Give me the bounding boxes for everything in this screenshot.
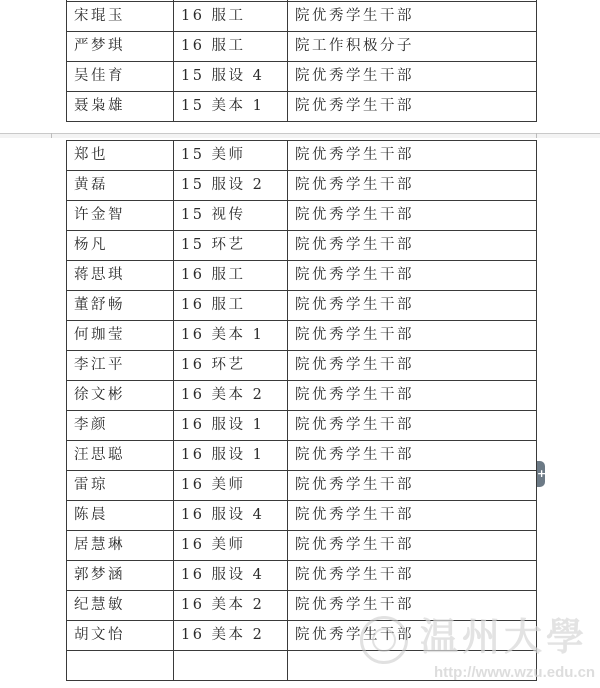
document-page-2: 郑也 15 美师 院优秀学生干部 黄磊 15 服设 2 院优秀学生干部 许金智 … (0, 138, 600, 688)
class-cell[interactable]: 16 服设 1 (174, 441, 288, 471)
student-name-cell[interactable]: 许金智 (67, 201, 174, 231)
award-cell[interactable]: 院优秀学生干部 (288, 501, 537, 531)
class-cell[interactable]: 16 服工 (174, 2, 288, 32)
student-name-cell[interactable]: 蒋思琪 (67, 261, 174, 291)
student-name-cell[interactable]: 汪思聪 (67, 441, 174, 471)
table-row: 蒋思琪 16 服工 院优秀学生干部 (67, 261, 537, 291)
class-cell[interactable]: 16 美本 2 (174, 381, 288, 411)
class-cell[interactable]: 15 美本 1 (174, 92, 288, 122)
award-cell[interactable]: 院优秀学生干部 (288, 381, 537, 411)
table-row: 徐文彬 16 美本 2 院优秀学生干部 (67, 381, 537, 411)
student-name-cell[interactable]: 宋琨玉 (67, 2, 174, 32)
table-row: 严梦琪 16 服工 院工作积极分子 (67, 32, 537, 62)
student-name-cell[interactable]: 雷琼 (67, 471, 174, 501)
student-name-cell[interactable]: 徐文彬 (67, 381, 174, 411)
award-cell[interactable]: 院优秀学生干部 (288, 441, 537, 471)
award-cell[interactable]: 院优秀学生干部 (288, 62, 537, 92)
table-row: 雷琼 16 美师 院优秀学生干部 (67, 471, 537, 501)
class-cell[interactable]: 16 环艺 (174, 351, 288, 381)
student-name-cell[interactable]: 黄磊 (67, 171, 174, 201)
document-page-1: 宋琨玉 16 服工 院优秀学生干部 严梦琪 16 服工 院工作积极分子 吴佳育 … (0, 0, 600, 134)
table-row: 何珈莹 16 美本 1 院优秀学生干部 (67, 321, 537, 351)
student-name-cell[interactable]: 郭梦涵 (67, 561, 174, 591)
table-row: 董舒畅 16 服工 院优秀学生干部 (67, 291, 537, 321)
award-cell[interactable]: 院优秀学生干部 (288, 321, 537, 351)
student-name-cell[interactable]: 杨凡 (67, 231, 174, 261)
table-row: 许金智 15 视传 院优秀学生干部 (67, 201, 537, 231)
table-row: 郑也 15 美师 院优秀学生干部 (67, 141, 537, 171)
student-name-cell[interactable]: 陈晨 (67, 501, 174, 531)
award-cell[interactable]: 院优秀学生干部 (288, 261, 537, 291)
award-cell[interactable]: 院优秀学生干部 (288, 141, 537, 171)
awards-table-page-2: 郑也 15 美师 院优秀学生干部 黄磊 15 服设 2 院优秀学生干部 许金智 … (66, 140, 537, 681)
table-row: 胡文怡 16 美本 2 院优秀学生干部 (67, 621, 537, 651)
student-name-cell[interactable]: 居慧琳 (67, 531, 174, 561)
class-cell[interactable]: 16 美本 2 (174, 591, 288, 621)
award-cell[interactable]: 院优秀学生干部 (288, 471, 537, 501)
class-cell[interactable]: 16 服设 4 (174, 501, 288, 531)
student-name-cell[interactable]: 郑也 (67, 141, 174, 171)
award-cell[interactable]: 院优秀学生干部 (288, 2, 537, 32)
plus-icon: + (537, 467, 546, 480)
table-row: 郭梦涵 16 服设 4 院优秀学生干部 (67, 561, 537, 591)
table-row (67, 651, 537, 681)
award-cell[interactable]: 院优秀学生干部 (288, 351, 537, 381)
class-cell[interactable]: 16 美本 1 (174, 321, 288, 351)
student-name-cell[interactable]: 严梦琪 (67, 32, 174, 62)
award-cell[interactable]: 院优秀学生干部 (288, 171, 537, 201)
award-cell[interactable]: 院优秀学生干部 (288, 531, 537, 561)
class-cell[interactable]: 16 美师 (174, 531, 288, 561)
award-cell[interactable]: 院工作积极分子 (288, 32, 537, 62)
table-row: 居慧琳 16 美师 院优秀学生干部 (67, 531, 537, 561)
awards-table-page-1: 宋琨玉 16 服工 院优秀学生干部 严梦琪 16 服工 院工作积极分子 吴佳育 … (66, 0, 537, 122)
table-row: 汪思聪 16 服设 1 院优秀学生干部 (67, 441, 537, 471)
table-row: 纪慧敏 16 美本 2 院优秀学生干部 (67, 591, 537, 621)
award-cell[interactable]: 院优秀学生干部 (288, 231, 537, 261)
award-cell[interactable]: 院优秀学生干部 (288, 291, 537, 321)
class-cell[interactable]: 16 服设 1 (174, 411, 288, 441)
student-name-cell[interactable]: 李颜 (67, 411, 174, 441)
student-name-cell[interactable]: 董舒畅 (67, 291, 174, 321)
class-cell[interactable]: 15 美师 (174, 141, 288, 171)
table-row: 李江平 16 环艺 院优秀学生干部 (67, 351, 537, 381)
class-cell[interactable]: 15 视传 (174, 201, 288, 231)
student-name-cell[interactable]: 李江平 (67, 351, 174, 381)
class-cell[interactable]: 15 环艺 (174, 231, 288, 261)
table-row: 杨凡 15 环艺 院优秀学生干部 (67, 231, 537, 261)
student-name-cell[interactable]: 胡文怡 (67, 621, 174, 651)
student-name-cell[interactable]: 纪慧敏 (67, 591, 174, 621)
award-cell[interactable]: 院优秀学生干部 (288, 92, 537, 122)
class-cell[interactable]: 16 美本 2 (174, 621, 288, 651)
table-row: 宋琨玉 16 服工 院优秀学生干部 (67, 2, 537, 32)
table-add-row-handle[interactable]: + (537, 461, 545, 487)
table-row: 李颜 16 服设 1 院优秀学生干部 (67, 411, 537, 441)
class-cell[interactable]: 16 服工 (174, 261, 288, 291)
class-cell[interactable]: 15 服设 4 (174, 62, 288, 92)
table-row: 吴佳育 15 服设 4 院优秀学生干部 (67, 62, 537, 92)
award-cell[interactable]: 院优秀学生干部 (288, 411, 537, 441)
award-cell[interactable]: 院优秀学生干部 (288, 561, 537, 591)
student-name-cell[interactable]: 何珈莹 (67, 321, 174, 351)
table-row: 聂枭雄 15 美本 1 院优秀学生干部 (67, 92, 537, 122)
class-cell[interactable]: 16 美师 (174, 471, 288, 501)
class-cell[interactable]: 16 服工 (174, 32, 288, 62)
award-cell[interactable]: 院优秀学生干部 (288, 201, 537, 231)
student-name-cell[interactable]: 聂枭雄 (67, 92, 174, 122)
award-cell[interactable]: 院优秀学生干部 (288, 621, 537, 651)
class-cell[interactable]: 16 服工 (174, 291, 288, 321)
class-cell[interactable]: 16 服设 4 (174, 561, 288, 591)
class-cell[interactable]: 15 服设 2 (174, 171, 288, 201)
award-cell[interactable]: 院优秀学生干部 (288, 591, 537, 621)
table-row: 陈晨 16 服设 4 院优秀学生干部 (67, 501, 537, 531)
table-row: 黄磊 15 服设 2 院优秀学生干部 (67, 171, 537, 201)
student-name-cell[interactable]: 吴佳育 (67, 62, 174, 92)
